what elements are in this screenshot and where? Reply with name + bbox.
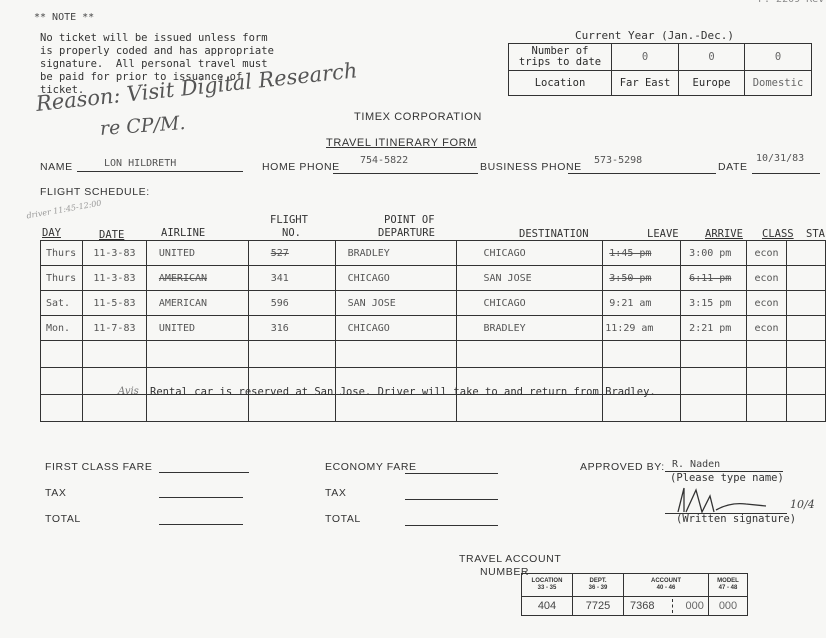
row3-flight: 596 [248,291,335,316]
row4-flight: 316 [248,316,335,341]
row1-day: Thurs [41,241,83,266]
location-label: Location [509,71,612,96]
row1-departure: BRADLEY [335,241,457,266]
account-location-value[interactable]: 404 [522,597,573,616]
economy-fare-field[interactable] [405,473,498,474]
first-class-fare-field[interactable] [159,472,249,473]
trips-count-europe: 0 [679,44,745,71]
approved-by-label: APPROVED BY: [580,461,665,473]
business-phone-value[interactable]: 573-5298 [594,155,642,166]
trips-count-label: Number of trips to date [509,44,612,71]
row1-airline: UNITED [146,241,248,266]
row4-airline: UNITED [146,316,248,341]
economy-total-field[interactable] [405,525,498,526]
col-day: DAY [42,227,61,239]
note-title: ** NOTE ** [34,12,94,23]
row4-destination: BRADLEY [457,316,603,341]
reason-handwriting-line2: re CP/M. [99,112,186,140]
account-dept-header: DEPT.36 - 39 [573,574,624,597]
account-dept-value[interactable]: 7725 [573,597,624,616]
flight-row: Thurs 11-3-83 UNITED 527 BRADLEY CHICAGO… [41,241,826,266]
row2-arrive: 6:11 pm [681,266,747,291]
row1-leave: 1:45 pm [603,241,681,266]
flight-row: Mon. 11-7-83 UNITED 316 CHICAGO BRADLEY … [41,316,826,341]
account-model-header: MODEL47 - 48 [709,574,748,597]
signature-icon [670,486,780,514]
account-location-header: LOCATION33 - 35 [522,574,573,597]
col-destination: DESTINATION [519,228,589,240]
col-class: CLASS [762,228,794,240]
economy-total-label: TOTAL [325,513,361,525]
account-account-value[interactable]: 7368000 [624,597,709,616]
col-departure-2: DEPARTURE [378,227,435,239]
name-label: NAME [40,161,73,173]
location-far-east: Far East [612,71,679,96]
name-value[interactable]: LON HILDRETH [104,158,176,169]
business-phone-line [568,173,716,174]
location-domestic: Domestic [745,71,812,96]
row4-departure: CHICAGO [335,316,457,341]
first-class-tax-label: TAX [45,487,66,499]
approver-name[interactable]: R. Naden [672,459,720,470]
account-model-value[interactable]: 000 [709,597,748,616]
first-class-tax-field[interactable] [159,497,243,498]
row1-flight: 527 [248,241,335,266]
row4-leave: 11:29 am [603,316,681,341]
row3-date: 11-5-83 [82,291,146,316]
col-status: STA [806,228,825,240]
row2-class: econ [747,266,787,291]
col-arrive: ARRIVE [705,228,743,240]
first-class-total-label: TOTAL [45,513,81,525]
rental-car-note: Rental car is reserved at San Jose. Driv… [150,386,656,398]
trips-table: Number of trips to date 0 0 0 Location F… [508,43,812,96]
date-value[interactable]: 10/31/83 [756,153,804,164]
flight-row: Thurs 11-3-83 AMERICAN 341 CHICAGO SAN J… [41,266,826,291]
row3-departure: SAN JOSE [335,291,457,316]
row3-leave: 9:21 am [603,291,681,316]
account-number-table: LOCATION33 - 35 DEPT.36 - 39 ACCOUNT40 -… [521,573,748,616]
col-airline: AIRLINE [161,227,205,239]
date-line [752,173,820,174]
approver-name-caption: (Please type name) [670,472,784,484]
home-phone-value[interactable]: 754-5822 [360,155,408,166]
account-account-header: ACCOUNT40 - 46 [624,574,709,597]
row3-airline: AMERICAN [146,291,248,316]
trips-count-domestic: 0 [745,44,812,71]
col-departure-1: POINT OF [384,214,435,226]
flight-row: Sat. 11-5-83 AMERICAN 596 SAN JOSE CHICA… [41,291,826,316]
signature-caption: (Written signature) [676,513,796,525]
row1-date: 11-3-83 [82,241,146,266]
date-label: DATE [718,161,748,173]
row1-arrive: 3:00 pm [681,241,747,266]
row2-departure: CHICAGO [335,266,457,291]
row2-flight: 341 [248,266,335,291]
row2-leave: 3:50 pm [603,266,681,291]
row4-arrive: 2:21 pm [681,316,747,341]
location-europe: Europe [679,71,745,96]
driver-handwritten-note: driver 11:45-12:00 [26,198,102,220]
row4-class: econ [747,316,787,341]
home-phone-line [333,173,478,174]
row2-day: Thurs [41,266,83,291]
first-class-total-field[interactable] [159,524,243,525]
col-flight-2: NO. [282,227,301,239]
col-leave: LEAVE [647,228,679,240]
signature-date: 10/4 [790,498,815,511]
flight-row-empty [41,395,826,422]
form-code: F. 2209 Rev. [758,0,826,5]
row2-destination: SAN JOSE [457,266,603,291]
trips-count-far-east: 0 [612,44,679,71]
row2-airline: AMERICAN [146,266,248,291]
row3-class: econ [747,291,787,316]
row4-date: 11-7-83 [82,316,146,341]
row2-date: 11-3-83 [82,266,146,291]
economy-tax-field[interactable] [405,499,498,500]
row3-destination: CHICAGO [457,291,603,316]
home-phone-label: HOME PHONE [262,161,340,173]
travel-account-label: TRAVEL ACCOUNT [459,553,561,565]
row4-day: Mon. [41,316,83,341]
rental-prefix-handwritten: Avis [118,386,139,397]
economy-tax-label: TAX [325,487,346,499]
flight-row-empty [41,341,826,368]
first-class-fare-label: FIRST CLASS FARE [45,461,152,473]
company-name: TIMEX CORPORATION [354,111,482,123]
row1-class: econ [747,241,787,266]
row3-arrive: 3:15 pm [681,291,747,316]
form-title: TRAVEL ITINERARY FORM [326,137,477,149]
business-phone-label: BUSINESS PHONE [480,161,582,173]
row1-destination: CHICAGO [457,241,603,266]
name-field-line [77,171,243,172]
flight-schedule-title: FLIGHT SCHEDULE: [40,186,150,198]
economy-fare-label: ECONOMY FARE [325,461,417,473]
col-flight-1: FLIGHT [270,214,308,226]
current-year-caption: Current Year (Jan.-Dec.) [575,29,734,42]
row3-day: Sat. [41,291,83,316]
